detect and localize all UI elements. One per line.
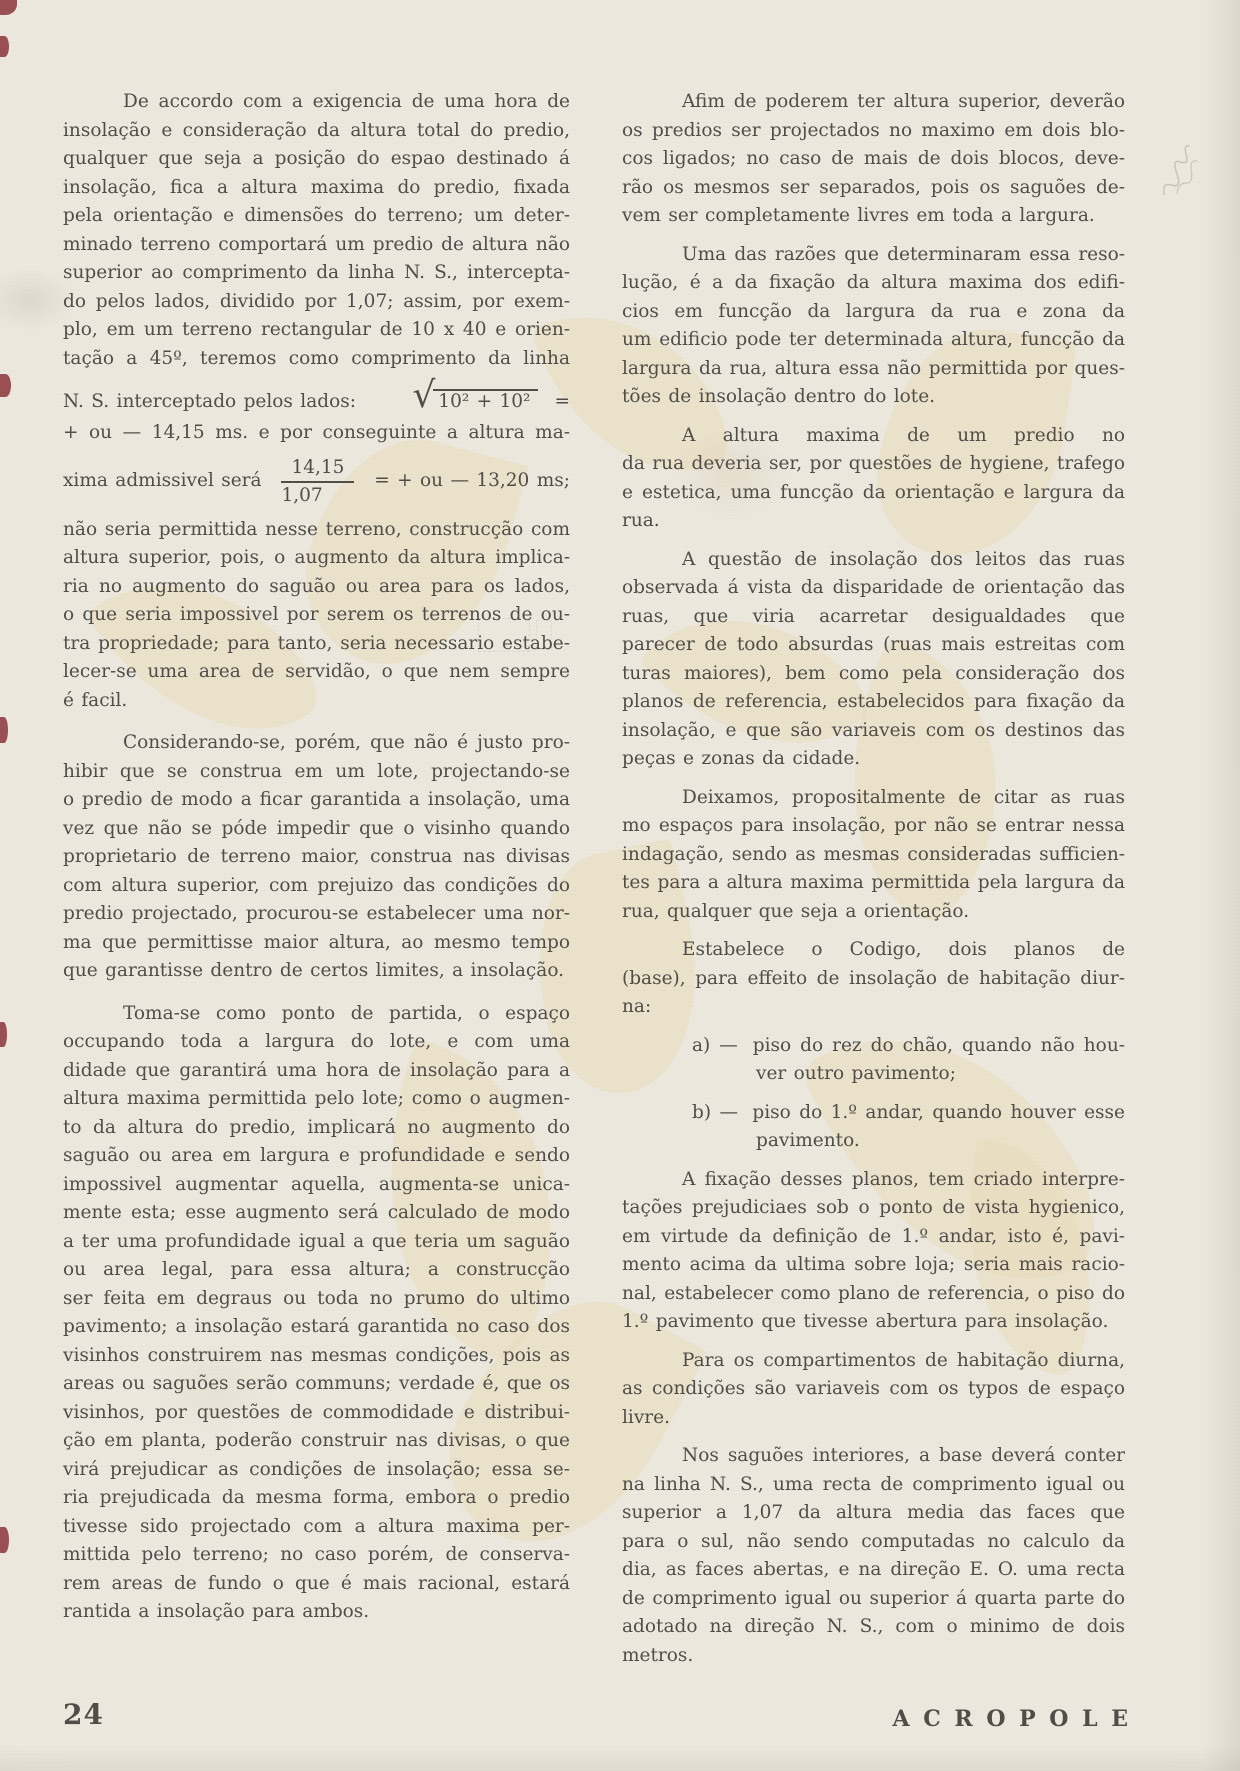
text-line: largura da rua, altura essa não permitti… xyxy=(622,355,1125,384)
scan-red-edge-mark xyxy=(0,1022,7,1047)
text-line: occupando toda a largura do lote, e com … xyxy=(63,1028,570,1057)
text-line: + ou — 14,15 ms. e por conseguinte a alt… xyxy=(63,419,570,448)
fraction-numerator: 14,15 xyxy=(281,456,354,482)
pencil-scribble-mark xyxy=(1146,133,1228,211)
text-line: metros. xyxy=(622,1642,1125,1671)
text-line: A questão de insolação dos leitos das ru… xyxy=(622,546,1125,575)
text-line: os predios ser projectados no maximo em … xyxy=(622,117,1125,146)
list-marker: a) — xyxy=(692,1035,753,1056)
text-line: Uma das razões que determinaram essa res… xyxy=(622,241,1125,270)
scan-edge-shadow xyxy=(1204,0,1240,1771)
text-line: do pelos lados, dividido por 1,07; assim… xyxy=(63,288,570,317)
radical-sign: √ xyxy=(412,375,433,416)
text-line: observada á vista da disparidade de orie… xyxy=(622,574,1125,603)
magazine-page: { "footer": { "page_number": "24", "maga… xyxy=(0,0,1240,1771)
equals-sign: = xyxy=(554,391,570,412)
text-line: ma que permittisse maior altura, ao mesm… xyxy=(63,929,570,958)
text-line: parecer de todo absurdas (ruas mais estr… xyxy=(622,631,1125,660)
text-line: que garantisse dentro de certos limites,… xyxy=(63,957,570,986)
list-item: a) — piso do rez do chão, quando não hou… xyxy=(692,1032,1125,1089)
text-line: hibir que se construa em um lote, projec… xyxy=(63,758,570,787)
text-line: tra propriedade; para tanto, seria neces… xyxy=(63,630,570,659)
text-line: turas maiores), bem como pela consideraç… xyxy=(622,660,1125,689)
text-line: tes para a altura maxima permittida pela… xyxy=(622,869,1125,898)
text-line: de comprimento igual ou superior á quart… xyxy=(622,1585,1125,1614)
text-line: altura maxima permittida pelo lote; como… xyxy=(63,1085,570,1114)
text-line: rem areas de fundo o que é mais racional… xyxy=(63,1570,570,1599)
text-line: indagação, sendo as mesmas consideradas … xyxy=(622,841,1125,870)
scan-edge-shadow xyxy=(0,1745,1240,1771)
text-line: tivesse sido projectado com a altura max… xyxy=(63,1513,570,1542)
text-line: ria no augmento do saguão ou area para o… xyxy=(63,573,570,602)
text-line: altura superior, pois, o augmento da alt… xyxy=(63,544,570,573)
text-line: tões de insolação dentro do lote. xyxy=(622,383,1125,412)
text-line: impossivel augmentar aquella, augmenta-s… xyxy=(63,1171,570,1200)
text-line: pela orientação e dimensões do terreno; … xyxy=(63,202,570,231)
text-line: para o sul, não sendo computadas no calc… xyxy=(622,1528,1125,1557)
text-line: um edificio pode ter determinada altura,… xyxy=(622,326,1125,355)
right-column: Afim de poderem ter altura superior, dev… xyxy=(622,88,1125,1670)
text-line: da rua deveria ser, por questões de hygi… xyxy=(622,450,1125,479)
paragraph: Toma-se como ponto de partida, o espaço … xyxy=(63,1000,570,1627)
text-line: plo, em um terreno rectangular de 10 x 4… xyxy=(63,316,570,345)
text-line: rua. xyxy=(622,507,1125,536)
text-line: b) — piso do 1.º andar, quando houver es… xyxy=(692,1099,1125,1128)
text-line: Para os compartimentos de habitação diur… xyxy=(622,1347,1125,1376)
fraction: 14,151,07 xyxy=(281,456,354,506)
text-line: mittida pelo terreno; no caso porém, de … xyxy=(63,1541,570,1570)
paragraph: Estabelece o Codigo, dois planos de refe… xyxy=(622,936,1125,1022)
list-marker: b) — xyxy=(692,1102,752,1123)
text-line: ção em planta, poderão construir nas div… xyxy=(63,1427,570,1456)
text-line: nal, estabelecer como plano de referenci… xyxy=(622,1280,1125,1309)
text-line: visinhos, por questões de commodidade e … xyxy=(63,1399,570,1428)
text-line: o predio de modo a ficar garantida a ins… xyxy=(63,786,570,815)
paragraph: Uma das razões que determinaram essa res… xyxy=(622,241,1125,412)
paragraph: Considerando-se, porém, que não é justo … xyxy=(63,729,570,986)
text-line: a ter uma profundidade igual a que teria… xyxy=(63,1228,570,1257)
text-line: A fixação desses planos, tem criado inte… xyxy=(622,1166,1125,1195)
text-line: visinhos construirem nas mesmas condiçõe… xyxy=(63,1342,570,1371)
scan-red-edge-mark xyxy=(0,717,8,743)
text-line: ou area legal, para essa altura; a const… xyxy=(63,1256,570,1285)
left-column: De accordo com a exigencia de uma hora d… xyxy=(63,88,570,1627)
text-line: rantida a insolação para ambos. xyxy=(63,1598,570,1627)
scan-red-edge-mark xyxy=(0,0,17,15)
paragraph: De accordo com a exigencia de uma hora d… xyxy=(63,88,570,715)
text-line: livre. xyxy=(622,1404,1125,1433)
text-line: minado terreno comportará um predio de a… xyxy=(63,231,570,260)
text-line: tações prejudiciaes sob o ponto de vista… xyxy=(622,1194,1125,1223)
page-number: 24 xyxy=(63,1698,104,1731)
text-line: vez que não se póde impedir que o visinh… xyxy=(63,815,570,844)
text-line: Deixamos, propositalmente de citar as ru… xyxy=(622,784,1125,813)
text-line: ria prejudicada da mesma forma, embora o… xyxy=(63,1484,570,1513)
text-line: e estetica, uma funcção da orientação e … xyxy=(622,479,1125,508)
text-line: Estabelece o Codigo, dois planos de refe… xyxy=(622,936,1125,965)
text-line: areas ou saguões serão communs; verdade … xyxy=(63,1370,570,1399)
text-line: dia, as faces abertas, e na direção E. O… xyxy=(622,1556,1125,1585)
sqrt-expression: √10² + 10²= xyxy=(412,373,570,419)
text-line: na: xyxy=(622,993,1125,1022)
paragraph: A altura maxima de um predio no alinhame… xyxy=(622,422,1125,536)
scan-red-edge-mark xyxy=(0,374,11,397)
text-line: insolação, e que são variaveis com os de… xyxy=(622,717,1125,746)
text-line: mento acima da ultima sobre loja; seria … xyxy=(622,1251,1125,1280)
formula-suffix: = + ou — 13,20 ms; xyxy=(374,467,570,496)
text-line: cios em funcção da largura da rua e zona… xyxy=(622,298,1125,327)
scan-red-edge-mark xyxy=(0,1527,9,1553)
text-line: rão os mesmos ser separados, pois os sag… xyxy=(622,174,1125,203)
paragraph: Afim de poderem ter altura superior, dev… xyxy=(622,88,1125,231)
fraction-denominator: 1,07 xyxy=(281,483,354,507)
text-line: peças e zonas da cidade. xyxy=(622,745,1125,774)
text-line: proprietario de terreno maior, construa … xyxy=(63,843,570,872)
text-line: não seria permittida nesse terreno, cons… xyxy=(63,516,570,545)
paragraph: Nos saguões interiores, a base deverá co… xyxy=(622,1442,1125,1670)
text-line: é facil. xyxy=(63,687,570,716)
formula-prefix: xima admissivel será xyxy=(63,467,262,496)
text-line: pavimento; a insolação estará garantida … xyxy=(63,1313,570,1342)
text-line: insolação e consideração da altura total… xyxy=(63,117,570,146)
text-line: vem ser completamente livres em toda a l… xyxy=(622,202,1125,231)
paragraph: Deixamos, propositalmente de citar as ru… xyxy=(622,784,1125,927)
text-line: Considerando-se, porém, que não é justo … xyxy=(63,729,570,758)
text-line: planos de referencia, estabelecidos para… xyxy=(622,688,1125,717)
text-line: as condições são variaveis com os typos … xyxy=(622,1375,1125,1404)
text-line: xima admissivel será14,151,07= + ou — 13… xyxy=(63,448,570,516)
text-line: em virtude da definição de 1.º andar, is… xyxy=(622,1223,1125,1252)
text-line: na linha N. S., uma recta de comprimento… xyxy=(622,1471,1125,1500)
text-line: o que seria impossivel por serem os terr… xyxy=(63,601,570,630)
text-line: superior a 1,07 da altura media das face… xyxy=(622,1499,1125,1528)
text-line: N. S. interceptado pelos lados:√10² + 10… xyxy=(63,373,570,419)
text-line: De accordo com a exigencia de uma hora d… xyxy=(63,88,570,117)
paragraph: Para os compartimentos de habitação diur… xyxy=(622,1347,1125,1433)
text-line: superior ao comprimento da linha N. S., … xyxy=(63,259,570,288)
text-line: saguão ou area em largura e profundidade… xyxy=(63,1142,570,1171)
text-line: cos ligados; no caso de mais de dois blo… xyxy=(622,145,1125,174)
text-line: rua, qualquer que seja a orientação. xyxy=(622,898,1125,927)
text-line: adotado na direção N. S., com o minimo d… xyxy=(622,1613,1125,1642)
list-item: b) — piso do 1.º andar, quando houver es… xyxy=(692,1099,1125,1156)
magazine-title: ACROPOLE xyxy=(893,1706,1142,1732)
formula-prefix: N. S. interceptado pelos lados: xyxy=(63,379,356,419)
text-line: A altura maxima de um predio no alinhame… xyxy=(622,422,1125,451)
text-line: pavimento. xyxy=(692,1127,1125,1156)
radicand: 10² + 10² xyxy=(433,389,538,412)
text-line: lução, é a da fixação da altura maxima d… xyxy=(622,269,1125,298)
text-line: insolação, fica a altura maxima do predi… xyxy=(63,174,570,203)
text-line: 1.º pavimento que tivesse abertura para … xyxy=(622,1308,1125,1337)
text-line: mente esta; esse augmento será calculado… xyxy=(63,1199,570,1228)
text-line: a) — piso do rez do chão, quando não hou… xyxy=(692,1032,1125,1061)
text-line: virá prejudicar as condições de insolaçã… xyxy=(63,1456,570,1485)
text-line: ver outro pavimento; xyxy=(692,1060,1125,1089)
paragraph: A fixação desses planos, tem criado inte… xyxy=(622,1166,1125,1337)
text-line: ser feita em degraus ou toda no prumo do… xyxy=(63,1285,570,1314)
text-line: (base), para effeito de insolação de hab… xyxy=(622,965,1125,994)
text-line: Nos saguões interiores, a base deverá co… xyxy=(622,1442,1125,1471)
scan-red-edge-mark xyxy=(0,36,9,57)
text-line: qualquer que seja a posição do espao des… xyxy=(63,145,570,174)
text-line: Afim de poderem ter altura superior, dev… xyxy=(622,88,1125,117)
paragraph: A questão de insolação dos leitos das ru… xyxy=(622,546,1125,774)
text-line: didade que garantirá uma hora de insolaç… xyxy=(63,1057,570,1086)
text-line: predio projectado, procurou-se estabelec… xyxy=(63,900,570,929)
text-line: com altura superior, com prejuizo das co… xyxy=(63,872,570,901)
text-line: tação a 45º, teremos como comprimento da… xyxy=(63,345,570,374)
text-line: mo espaços para insolação, por não se en… xyxy=(622,812,1125,841)
text-line: Toma-se como ponto de partida, o espaço … xyxy=(63,1000,570,1029)
text-line: to da altura do predio, implicará no aug… xyxy=(63,1114,570,1143)
text-line: lecer-se uma area de servidão, o que nem… xyxy=(63,658,570,687)
text-line: ruas, que viria acarretar desigualdades … xyxy=(622,603,1125,632)
